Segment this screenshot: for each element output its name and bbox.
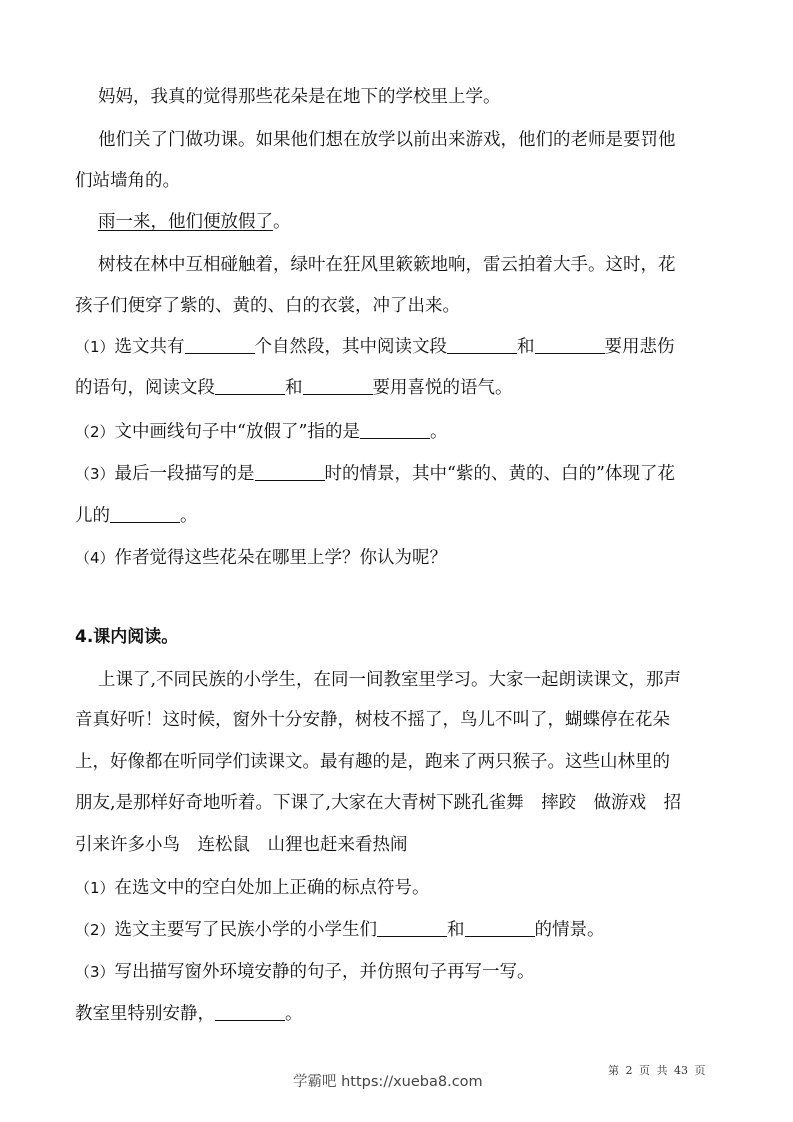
answer-blank[interactable]	[447, 337, 517, 354]
answer-blank[interactable]	[360, 422, 430, 439]
answer-blank[interactable]	[465, 920, 535, 937]
question-3-continuation: 儿的。	[75, 505, 198, 527]
paragraph-continuation: 孩子们便穿了紫的、黄的、白的衣裳，冲了出来。	[75, 295, 460, 317]
answer-blank[interactable]	[110, 506, 180, 523]
answer-blank[interactable]	[303, 378, 373, 395]
question-1: （1）在选文中的空白处加上正确的标点符号。	[75, 877, 430, 899]
watermark-site-link[interactable]: 学霸吧 https://xueba8.com	[293, 1070, 483, 1091]
underlined-sentence-paragraph: 雨一来，他们便放假了。	[98, 211, 291, 233]
answer-blank[interactable]	[215, 1004, 285, 1021]
question-3: （3）最后一段描写的是时的情景，其中“紫的、黄的、白的”体现了花	[75, 463, 675, 485]
reading-passage-line: 上，好像都在听同学们读课文。最有趣的是，跑来了两只猴子。这些山林里的	[75, 751, 670, 773]
question-3-answer-line: 教室里特别安静，。	[75, 1003, 303, 1025]
reading-passage-line: 朋友,是那样好奇地听着。下课了,大家在大青树下跳孔雀舞 摔跤 做游戏 招	[75, 792, 681, 814]
paragraph-continuation: 们站墙角的。	[75, 170, 180, 192]
section-heading: 4.课内阅读。	[75, 626, 178, 648]
underlined-sentence: 雨一来，他们便放假了	[98, 212, 273, 232]
paragraph: 树枝在林中互相碰触着，绿叶在狂风里簌簌地响，雷云拍着大手。这时，花	[98, 254, 676, 276]
question-2: （2）文中画线句子中“放假了”指的是。	[75, 421, 447, 443]
question-4: （4）作者觉得这些花朵在哪里上学？你认为呢？	[75, 547, 447, 569]
question-2: （2）选文主要写了民族小学的小学生们和的情景。	[75, 919, 605, 941]
question-3: （3）写出描写窗外环境安静的句子，并仿照句子再写一写。	[75, 961, 535, 983]
answer-blank[interactable]	[215, 378, 285, 395]
answer-blank[interactable]	[535, 337, 605, 354]
page-number: 第 2 页 共 43 页	[608, 1062, 705, 1078]
answer-blank[interactable]	[255, 464, 325, 481]
paragraph: 妈妈，我真的觉得那些花朵是在地下的学校里上学。	[98, 86, 501, 108]
reading-passage-line: 引来许多小鸟 连松鼠 山狸也赶来看热闹	[75, 834, 408, 856]
reading-passage-line: 上课了,不同民族的小学生，在同一间教室里学习。大家一起朗读课文，那声	[98, 669, 681, 691]
question-1: （1）选文共有个自然段，其中阅读文段和要用悲伤	[75, 336, 675, 358]
reading-passage-line: 音真好听！这时候，窗外十分安静，树枝不摇了，鸟儿不叫了，蝴蝶停在花朵	[75, 709, 670, 731]
answer-blank[interactable]	[377, 920, 447, 937]
paragraph: 他们关了门做功课。如果他们想在放学以前出来游戏，他们的老师是要罚他	[98, 129, 676, 151]
question-1-continuation: 的语句，阅读文段和要用喜悦的语气。	[75, 377, 513, 399]
answer-blank[interactable]	[185, 337, 255, 354]
